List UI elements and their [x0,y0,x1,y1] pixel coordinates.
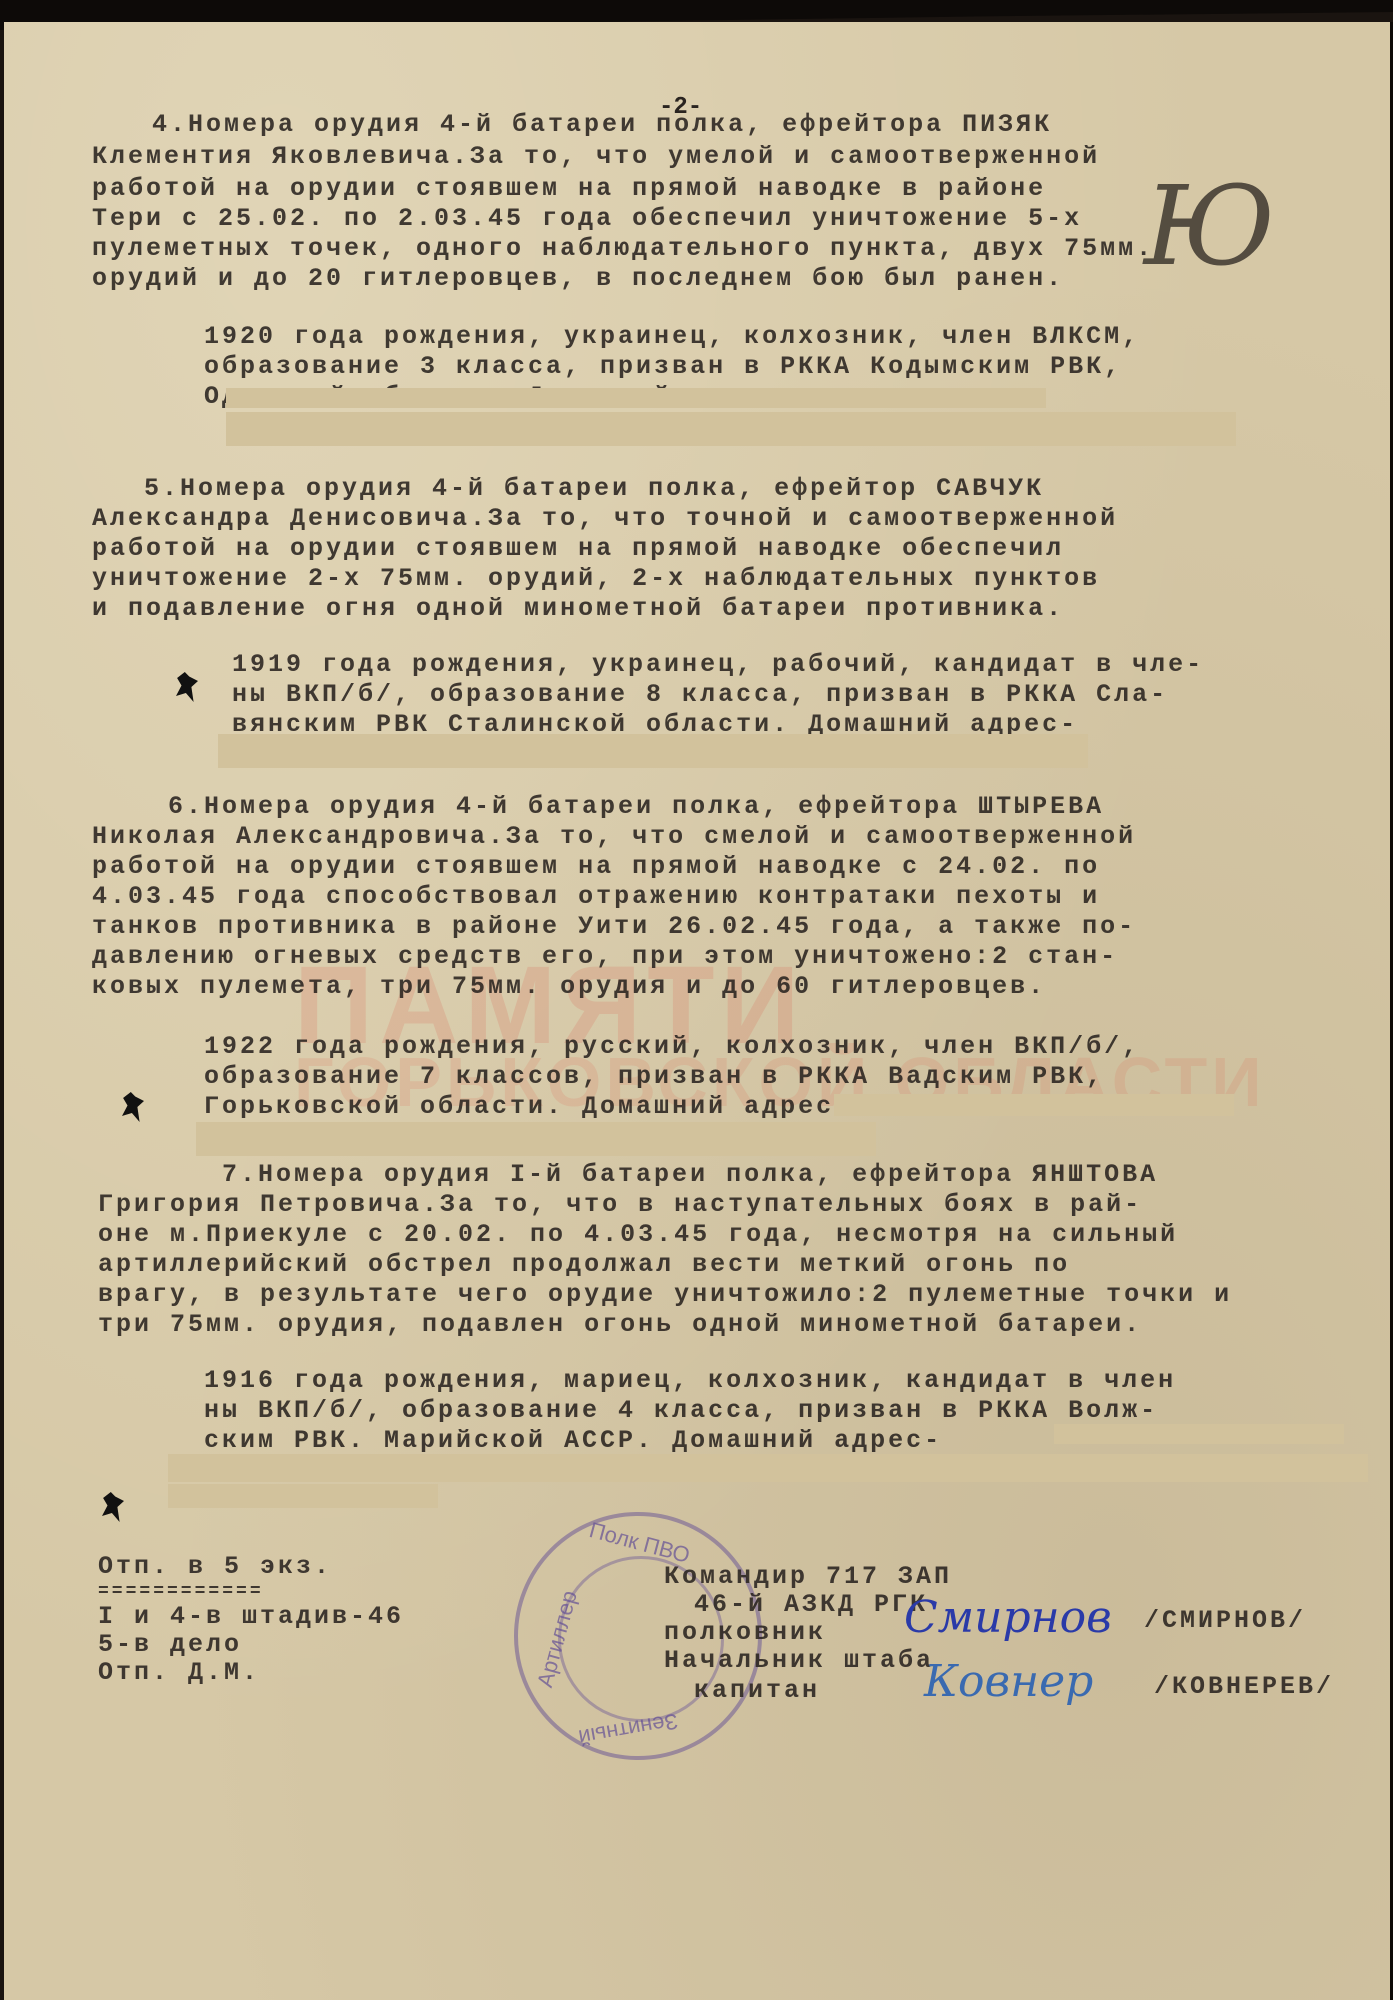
chief-rank: капитан [694,1676,820,1706]
entry-7-line: оне м.Приекуле с 20.02. по 4.03.45 года,… [98,1220,1178,1250]
entry-7-bio: 1916 года рождения, мариец, колхозник, к… [204,1366,1176,1396]
entry-5-line: уничтожение 2-х 75мм. орудий, 2-х наблюд… [92,564,1100,594]
entry-7-line: артиллерийский обстрел продолжал вести м… [98,1250,1070,1280]
punch-hole [176,672,198,702]
distribution-typist: Отп. Д.М. [98,1658,260,1688]
entry-6-line: ковых пулемета, три 75мм. орудия и до 60… [92,972,1046,1002]
commander-title: Командир 717 ЗАП [664,1562,952,1592]
entry-5-line: и подавление огня одной минометной батар… [92,594,1064,624]
entry-5-line: 5.Номера орудия 4-й батареи полка, ефрей… [144,474,1044,504]
entry-7-bio: ским РВК. Марийской АССР. Домашний адрес… [204,1426,942,1456]
redaction-bar [834,1094,1234,1116]
entry-6-bio: 1922 года рождения, русский, колхозник, … [204,1032,1140,1062]
commander-signature: Смирнов [904,1592,1112,1643]
entry-6-line: 4.03.45 года способствовал отражению кон… [92,882,1100,912]
entry-4-line: орудий и до 20 гитлеровцев, в последнем … [92,264,1064,294]
redaction-bar [226,388,1046,408]
entry-6-bio: образование 7 классов, призван в РККА Ва… [204,1062,1104,1092]
entry-6-line: Николая Александровича.За то, что смелой… [92,822,1136,852]
entry-5-line: работой на орудии стоявшем на прямой нав… [92,534,1064,564]
entry-7-line: три 75мм. орудия, подавлен огонь одной м… [98,1310,1142,1340]
entry-6-bio: Горьковской области. Домашний адрес- [204,1092,852,1122]
entry-4-bio: образование 3 класса, призван в РККА Код… [204,352,1122,382]
distribution-staff: I и 4-в штадив-46 [98,1602,404,1632]
entry-5-bio: 1919 года рождения, украинец, рабочий, к… [232,650,1204,680]
entry-4-line: Тери с 25.02. по 2.03.45 года обеспечил … [92,204,1082,234]
entry-6-line: давлению огневых средств его, при этом у… [92,942,1118,972]
redaction-bar [196,1122,876,1156]
entry-6-line: 6.Номера орудия 4-й батареи полка, ефрей… [168,792,1104,822]
commander-rank: полковник [664,1618,826,1648]
pencil-annotation: Ю [1144,162,1275,290]
document-page: ПАМЯТИ ГОРЬКОВСКОЙ ОБЛАСТИ -2- Ю 4.Номер… [4,22,1393,2000]
entry-7-bio: ны ВКП/б/, образование 4 класса, призван… [204,1396,1158,1426]
redaction-bar [218,734,1088,768]
entry-7-line: 7.Номера орудия I-й батареи полка, ефрей… [222,1160,1158,1190]
redaction-bar [168,1484,438,1508]
commander-name: /СМИРНОВ/ [1144,1606,1306,1636]
chief-signature: Ковнер [924,1656,1093,1707]
redaction-bar [226,412,1236,446]
entry-4-bio: 1920 года рождения, украинец, колхозник,… [204,322,1140,352]
chief-title: Начальник штаба [664,1646,934,1676]
entry-4-line: Клементия Яковлевича.За то, что умелой и… [92,142,1100,172]
entry-6-line: работой на орудии стоявшем на прямой нав… [92,852,1100,882]
entry-5-line: Александра Денисовича.За то, что точной … [92,504,1118,534]
commander-unit: 46-й АЗКД РГК [694,1590,928,1620]
distribution-file: 5-в дело [98,1630,242,1660]
punch-hole [102,1492,124,1522]
entry-5-bio: ны ВКП/б/, образование 8 класса, призван… [232,680,1168,710]
punch-hole [122,1092,144,1122]
redaction-bar [168,1454,1368,1482]
chief-name: /КОВНЕРЕВ/ [1154,1672,1334,1702]
entry-4-line: работой на орудии стоявшем на прямой нав… [92,174,1046,204]
entry-6-line: танков противника в районе Уити 26.02.45… [92,912,1136,942]
entry-4-line: 4.Номера орудия 4-й батареи полка, ефрей… [152,110,1052,140]
entry-7-line: Григория Петровича.За то, что в наступат… [98,1190,1142,1220]
entry-7-line: врагу, в результате чего орудие уничтожи… [98,1280,1232,1310]
redaction-bar [1054,1424,1344,1444]
entry-4-line: пулеметных точек, одного наблюдательного… [92,234,1154,264]
